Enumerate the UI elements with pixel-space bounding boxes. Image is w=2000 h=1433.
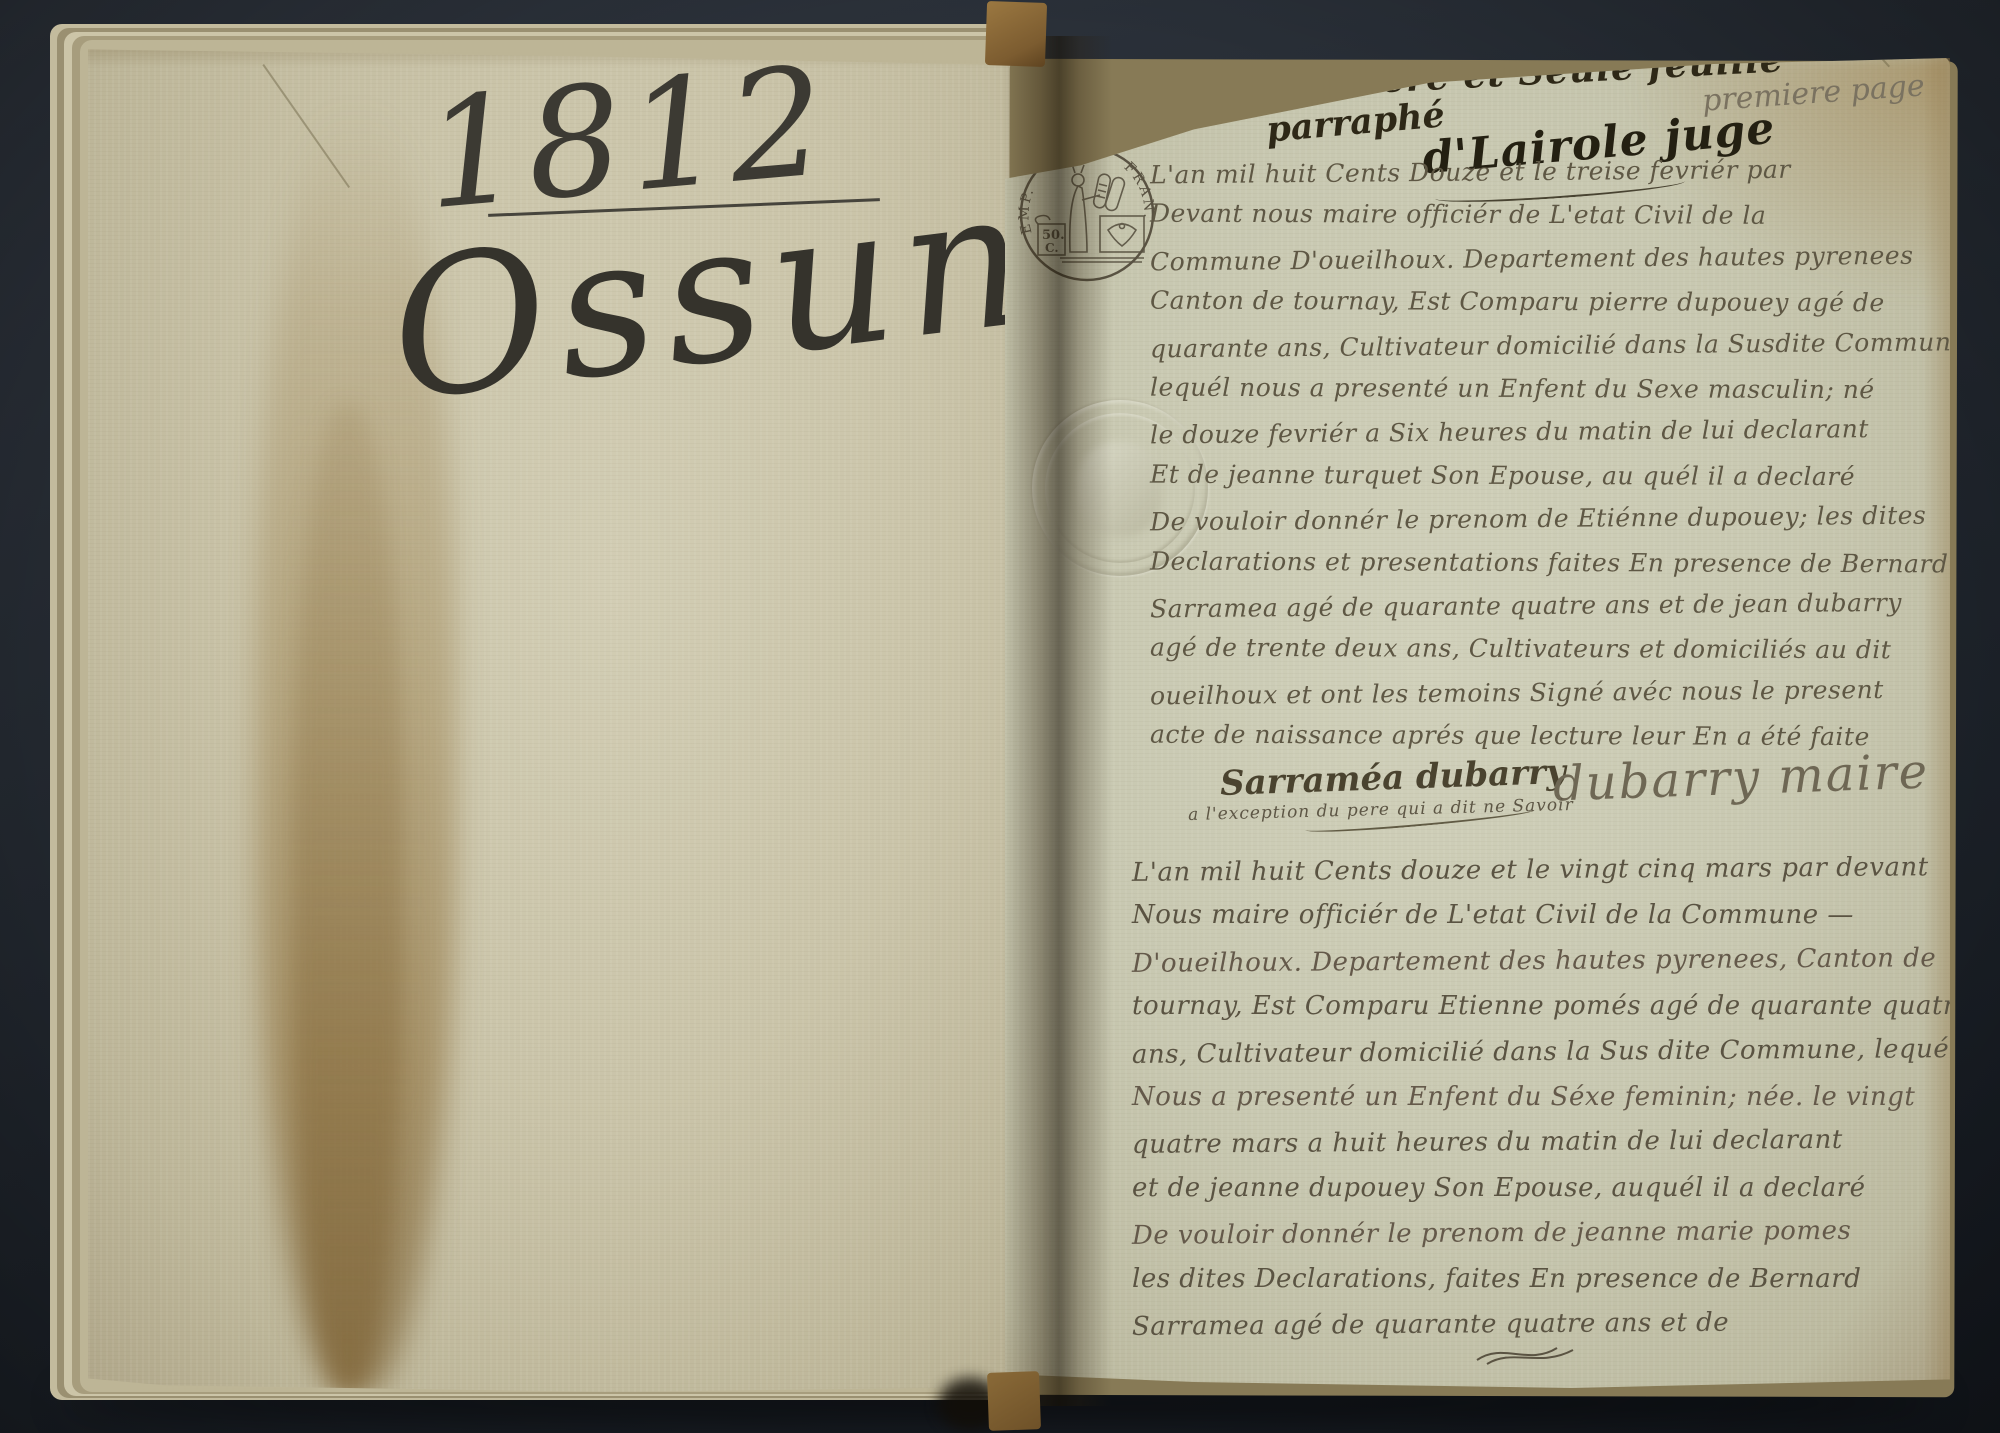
act1-line: Sarramea agé de quarante quatre ans et d… xyxy=(1150,581,1930,631)
act1-line: Canton de tournay, Est Comparu pierre du… xyxy=(1150,279,1930,325)
left-page: 1812 Ossun xyxy=(88,44,1040,1392)
act1-line: De vouloir donnér le prenom de Etiénne d… xyxy=(1150,494,1930,544)
end-flourish xyxy=(1473,1340,1593,1366)
act1-line: Declarations et presentations faites En … xyxy=(1150,539,1930,585)
act2-line: quatre mars a huit heures du matin de lu… xyxy=(1132,1118,1942,1169)
act2-line: Nous a presenté un Enfent du Séxe femini… xyxy=(1132,1075,1942,1120)
act1-line: Et de jeanne turquet Son Epouse, au quél… xyxy=(1150,452,1930,498)
act1-line: agé de trente deux ans, Cultivateurs et … xyxy=(1150,626,1930,672)
act2-line: D'oueilhoux. Departement des hautes pyre… xyxy=(1132,936,1942,987)
act1-line: L'an mil huit Cents Douze et le treise f… xyxy=(1150,147,1930,197)
act1-line: le douze fevriér a Six heures du matin d… xyxy=(1150,407,1930,457)
water-stain-core xyxy=(293,404,403,1394)
binding-tab-bottom xyxy=(987,1371,1041,1431)
binding-tab-top xyxy=(985,1,1047,67)
act1-line: lequél nous a presenté un Enfent du Sexe… xyxy=(1150,366,1930,412)
gutter-shadow xyxy=(1002,36,1112,1406)
act2-line: Nous maire officiér de L'etat Civil de l… xyxy=(1132,893,1942,938)
act2-line: De vouloir donnér le prenom de jeanne ma… xyxy=(1132,1208,1942,1259)
birth-act-1: L'an mil huit Cents Douze et le treise f… xyxy=(1150,150,1930,758)
birth-act-2: L'an mil huit Cents douze et le vingt ci… xyxy=(1132,848,1942,1347)
act2-line: les dites Declarations, faites En presen… xyxy=(1132,1257,1942,1302)
act2-line: ans, Cultivateur domicilié dans la Sus d… xyxy=(1132,1027,1942,1078)
mayor-signature: dubarry maire xyxy=(1552,743,1930,812)
act1-line: Devant nous maire officiér de L'etat Civ… xyxy=(1150,192,1930,238)
act1-line: Commune D'oueilhoux. Departement des hau… xyxy=(1150,233,1930,283)
act1-line: quarante ans, Cultivateur domicilié dans… xyxy=(1150,320,1930,370)
act2-line: L'an mil huit Cents douze et le vingt ci… xyxy=(1132,845,1942,896)
act2-line: tournay, Est Comparu Etienne pomés agé d… xyxy=(1132,984,1942,1029)
act1-line: oueilhoux et ont les temoins Signé avéc … xyxy=(1150,667,1930,717)
act2-line: et de jeanne dupouey Son Epouse, auquél … xyxy=(1132,1166,1942,1211)
right-page: Naissance premiere et Seule feuille parr… xyxy=(1005,56,1950,1390)
register-scan: 1812 Ossun Naissance premiere et Seule f… xyxy=(0,0,2000,1433)
